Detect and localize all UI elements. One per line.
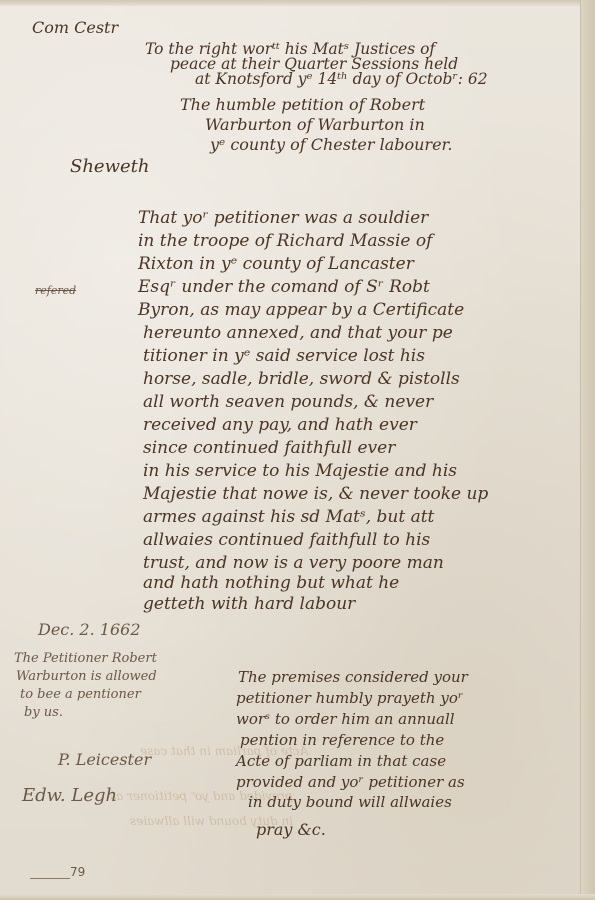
prayer-line: worˢ to order him an annuall — [236, 712, 455, 727]
order-date: Dec. 2. 1662 — [38, 622, 141, 638]
margin-deleted-word: refered — [35, 285, 76, 296]
body-line: in his service to his Majestie and his — [143, 463, 457, 480]
folio-rule — [30, 878, 70, 879]
prayer-line: Acte of parliam in that case — [236, 754, 446, 769]
signature-legh: Edw. Legh — [22, 787, 117, 805]
prayer-line: in duty bound will allwaies — [248, 795, 452, 810]
body-line: trust, and now is a very poore man — [143, 555, 444, 572]
prayer-line: provided and yoʳ petitioner as — [236, 775, 465, 790]
body-line: received any pay, and hath ever — [143, 417, 417, 434]
signature-leicester: P. Leicester — [58, 752, 151, 768]
prayer-line: pray &c. — [256, 822, 326, 838]
body-line: hereunto annexed, and that your pe — [143, 325, 453, 342]
page-right-edge — [580, 0, 595, 900]
body-line: and hath nothing but what he — [143, 575, 399, 592]
body-line: Rixton in yᵉ county of Lancaster — [138, 256, 414, 273]
petitioner-line: Warburton of Warburton in — [205, 117, 425, 133]
prayer-line: The premises considered your — [238, 670, 468, 685]
petitioner-line: yᵉ county of Chester labourer. — [210, 137, 453, 153]
page-top-edge — [0, 0, 595, 6]
prayer-line: pention in reference to the — [240, 733, 444, 748]
folio-number: 79 — [70, 866, 85, 878]
order-line: Warburton is allowed — [16, 670, 157, 683]
petitioner-line: The humble petition of Robert — [180, 97, 425, 113]
body-line: in the troope of Richard Massie of — [138, 233, 432, 250]
body-line: horse, sadle, bridle, sword & pistolls — [143, 371, 460, 388]
prayer-line: petitioner humbly prayeth yoʳ — [236, 691, 463, 706]
address-line: at Knotsford yᵉ 14ᵗʰ day of Octobʳ: 62 — [195, 72, 488, 88]
sheweth-heading: Sheweth — [70, 158, 149, 176]
county-heading: Com Cestr — [32, 20, 118, 36]
order-line: by us. — [24, 706, 63, 719]
body-line: That yoʳ petitioner was a souldier — [138, 210, 428, 227]
order-line: The Petitioner Robert — [14, 652, 157, 665]
body-line: since continued faithfull ever — [143, 440, 395, 457]
page-bottom-edge — [0, 894, 595, 900]
manuscript-page: Acte of parliam in that case provided an… — [0, 0, 595, 900]
body-line: allwaies continued faithfull to his — [143, 532, 430, 549]
body-line: Esqʳ under the comand of Sʳ Robt — [138, 279, 430, 296]
body-line: Byron, as may appear by a Certificate — [138, 302, 464, 319]
body-line: Majestie that nowe is, & never tooke up — [143, 486, 488, 503]
body-line: armes against his sd Matˢ, but att — [143, 509, 434, 526]
body-line: all worth seaven pounds, & never — [143, 394, 433, 411]
body-line: titioner in yᵉ said service lost his — [143, 348, 425, 365]
body-line: getteth with hard labour — [143, 596, 355, 613]
order-line: to bee a pentioner — [20, 688, 141, 701]
